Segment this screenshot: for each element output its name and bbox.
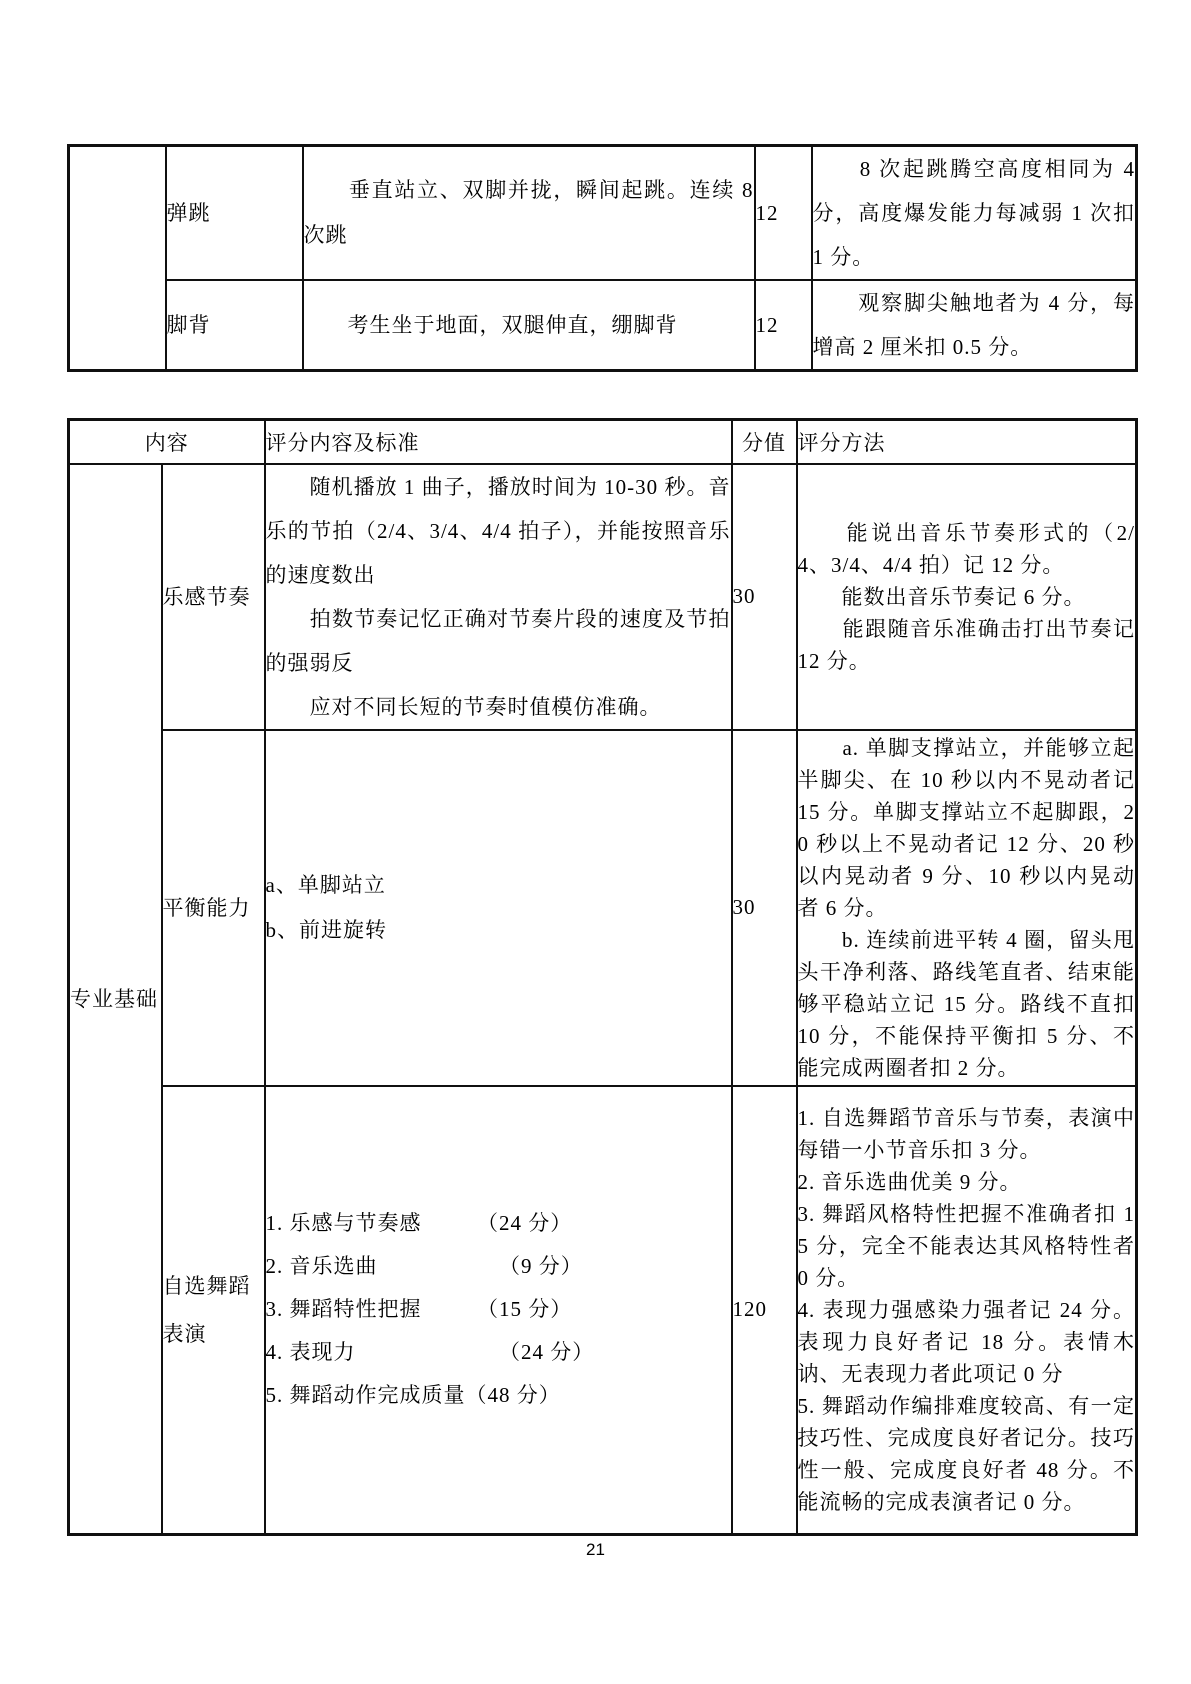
paragraph: 观察脚尖触地者为 4 分，每增高 2 厘米扣 0.5 分。 <box>813 281 1136 369</box>
table-row: 脚背 考生坐于地面，双腿伸直，绷脚背 12 观察脚尖触地者为 4 分，每增高 2… <box>69 280 1137 371</box>
method-paragraphs: 1. 自选舞蹈节音乐与节奏，表演中每错一小节音乐扣 3 分。2. 音乐选曲优美 … <box>798 1102 1136 1518</box>
paragraph: 能说出音乐节奏形式的（2/4、3/4、4/4 拍）记 12 分。 <box>798 517 1136 581</box>
table-row: 自选舞蹈表演 1. 乐感与节奏感 （24 分）2. 音乐选曲 （9 分）3. 舞… <box>69 1086 1137 1535</box>
paragraph: 2. 音乐选曲 （9 分） <box>266 1245 731 1288</box>
paragraph: 3. 舞蹈特性把握 （15 分） <box>266 1288 731 1331</box>
category-cell: 专业基础 <box>69 464 162 1535</box>
paragraph: 5. 舞蹈动作完成质量（48 分） <box>266 1374 731 1417</box>
score-cell: 12 <box>755 146 812 281</box>
row-name-tanti: 弹跳 <box>166 146 303 281</box>
criteria-paragraphs: 随机播放 1 曲子，播放时间为 10-30 秒。音乐的节拍（2/4、3/4、4/… <box>266 465 731 729</box>
method-cell: 能说出音乐节奏形式的（2/4、3/4、4/4 拍）记 12 分。 能数出音乐节奏… <box>797 464 1137 730</box>
paragraph: 随机播放 1 曲子，播放时间为 10-30 秒。音乐的节拍（2/4、3/4、4/… <box>266 465 731 597</box>
table-row: 专业基础 乐感节奏 随机播放 1 曲子，播放时间为 10-30 秒。音乐的节拍（… <box>69 464 1137 730</box>
page-number: 21 <box>0 1540 1191 1560</box>
method-cell: 观察脚尖触地者为 4 分，每增高 2 厘米扣 0.5 分。 <box>812 280 1137 371</box>
header-method: 评分方法 <box>797 420 1137 464</box>
score-cell: 12 <box>755 280 812 371</box>
header-criteria: 评分内容及标准 <box>265 420 732 464</box>
top-table: 弹跳 垂直站立、双脚并拢，瞬间起跳。连续 8 次跳 12 8 次起跳腾空高度相同… <box>67 144 1138 372</box>
document-page: 弹跳 垂直站立、双脚并拢，瞬间起跳。连续 8 次跳 12 8 次起跳腾空高度相同… <box>0 0 1191 1684</box>
desc-cell: 考生坐于地面，双腿伸直，绷脚背 <box>303 280 755 371</box>
method-paragraphs: 8 次起跳腾空高度相同为 4 分，高度爆发能力每减弱 1 次扣 1 分。 <box>813 147 1136 279</box>
desc-cell: 垂直站立、双脚并拢，瞬间起跳。连续 8 次跳 <box>303 146 755 281</box>
paragraph: 能数出音乐节奏记 6 分。 <box>798 581 1136 613</box>
method-paragraphs: 能说出音乐节奏形式的（2/4、3/4、4/4 拍）记 12 分。 能数出音乐节奏… <box>798 517 1136 677</box>
paragraph: 考生坐于地面，双腿伸直，绷脚背 <box>304 303 754 348</box>
row-name-pingheng: 平衡能力 <box>162 730 265 1086</box>
category-cell-empty <box>69 146 166 371</box>
paragraph: 4. 表现力 （24 分） <box>266 1331 731 1374</box>
paragraph: 8 次起跳腾空高度相同为 4 分，高度爆发能力每减弱 1 次扣 1 分。 <box>813 147 1136 279</box>
desc-paragraphs: 垂直站立、双脚并拢，瞬间起跳。连续 8 次跳 <box>304 168 754 258</box>
paragraph: 应对不同长短的节奏时值模仿准确。 <box>266 685 731 729</box>
table-row: 弹跳 垂直站立、双脚并拢，瞬间起跳。连续 8 次跳 12 8 次起跳腾空高度相同… <box>69 146 1137 281</box>
desc-paragraphs: 考生坐于地面，双腿伸直，绷脚背 <box>304 303 754 348</box>
score-cell: 30 <box>732 464 797 730</box>
method-cell: 1. 自选舞蹈节音乐与节奏，表演中每错一小节音乐扣 3 分。2. 音乐选曲优美 … <box>797 1086 1137 1535</box>
method-cell: a. 单脚支撑站立，并能够立起半脚尖、在 10 秒以内不晃动者记 15 分。单脚… <box>797 730 1137 1086</box>
paragraph: 垂直站立、双脚并拢，瞬间起跳。连续 8 次跳 <box>304 168 754 258</box>
criteria-paragraphs: a、单脚站立b、前进旋转 <box>266 863 731 953</box>
paragraph: 1. 自选舞蹈节音乐与节奏，表演中每错一小节音乐扣 3 分。 <box>798 1102 1136 1166</box>
method-paragraphs: a. 单脚支撑站立，并能够立起半脚尖、在 10 秒以内不晃动者记 15 分。单脚… <box>798 732 1136 1084</box>
method-cell: 8 次起跳腾空高度相同为 4 分，高度爆发能力每减弱 1 次扣 1 分。 <box>812 146 1137 281</box>
method-paragraphs: 观察脚尖触地者为 4 分，每增高 2 厘米扣 0.5 分。 <box>813 281 1136 369</box>
criteria-cell: a、单脚站立b、前进旋转 <box>265 730 732 1086</box>
paragraph: 1. 乐感与节奏感 （24 分） <box>266 1202 731 1245</box>
paragraph: a. 单脚支撑站立，并能够立起半脚尖、在 10 秒以内不晃动者记 15 分。单脚… <box>798 732 1136 924</box>
paragraph: b、前进旋转 <box>266 908 731 953</box>
paragraph: b. 连续前进平转 4 圈，留头甩头干净利落、路线笔直者、结束能够平稳站立记 1… <box>798 924 1136 1084</box>
header-content: 内容 <box>69 420 265 464</box>
paragraph: a、单脚站立 <box>266 863 731 908</box>
score-cell: 30 <box>732 730 797 1086</box>
row-name-jiaobei: 脚背 <box>166 280 303 371</box>
criteria-cell: 随机播放 1 曲子，播放时间为 10-30 秒。音乐的节拍（2/4、3/4、4/… <box>265 464 732 730</box>
header-row: 内容 评分内容及标准 分值 评分方法 <box>69 420 1137 464</box>
paragraph: 4. 表现力强感染力强者记 24 分。表现力良好者记 18 分。表情木讷、无表现… <box>798 1294 1136 1390</box>
criteria-cell: 1. 乐感与节奏感 （24 分）2. 音乐选曲 （9 分）3. 舞蹈特性把握 （… <box>265 1086 732 1535</box>
header-score: 分值 <box>732 420 797 464</box>
score-cell: 120 <box>732 1086 797 1535</box>
paragraph: 5. 舞蹈动作编排难度较高、有一定技巧性、完成度良好者记分。技巧性一般、完成度良… <box>798 1390 1136 1518</box>
table-row: 平衡能力 a、单脚站立b、前进旋转 30 a. 单脚支撑站立，并能够立起半脚尖、… <box>69 730 1137 1086</box>
paragraph: 能跟随音乐准确击打出节奏记 12 分。 <box>798 613 1136 677</box>
paragraph: 拍数节奏记忆正确对节奏片段的速度及节拍的强弱反 <box>266 597 731 685</box>
paragraph: 2. 音乐选曲优美 9 分。 <box>798 1166 1136 1198</box>
criteria-paragraphs: 1. 乐感与节奏感 （24 分）2. 音乐选曲 （9 分）3. 舞蹈特性把握 （… <box>266 1202 731 1417</box>
row-name-zixuanwudao: 自选舞蹈表演 <box>162 1086 265 1535</box>
paragraph: 3. 舞蹈风格特性把握不准确者扣 15 分，完全不能表达其风格特性者 0 分。 <box>798 1198 1136 1294</box>
scoring-table: 内容 评分内容及标准 分值 评分方法 专业基础 乐感节奏 随机播放 1 曲子，播… <box>67 418 1138 1536</box>
row-name-yuegan: 乐感节奏 <box>162 464 265 730</box>
